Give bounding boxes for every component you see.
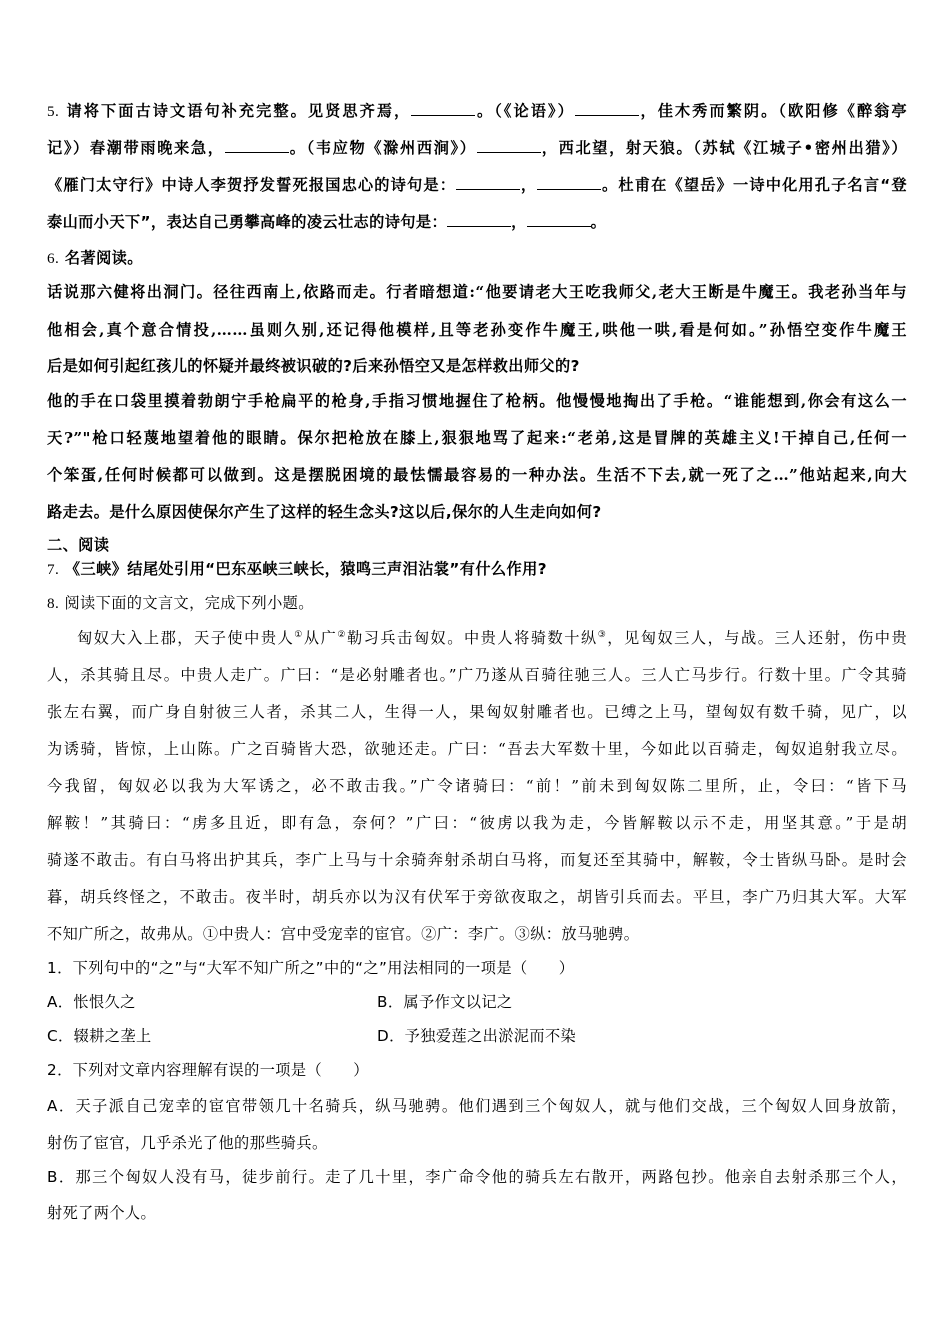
- q6-passage2-line: 路走去。是什么原因使保尔产生了这样的轻生念头?这以后,保尔的人生走向如何?: [47, 502, 602, 522]
- option-a[interactable]: A．怅恨久之: [47, 993, 136, 1011]
- q8-sub1-stem: 1．下列句中的“之”与“大军不知广所之”中的“之”用法相同的一项是（ ）: [47, 958, 574, 978]
- footnote-marker: ③: [598, 630, 608, 640]
- q8-sub2-option-b-cont[interactable]: 射死了两个人。: [47, 1203, 156, 1223]
- answer-blank[interactable]: [527, 212, 591, 227]
- q8-passage-line: 暮，胡兵终怪之，不敢击。夜半时，胡兵亦以为汉有伏军于旁欲夜取之，胡皆引兵而去。平…: [47, 887, 907, 907]
- answer-blank[interactable]: [575, 101, 639, 116]
- answer-blank[interactable]: [225, 138, 289, 153]
- q8-sub1-options-row1: A．怅恨久之 B．属予作文以记之: [47, 992, 907, 1012]
- q8-sub2-option-a-cont[interactable]: 射伤了宦官，几乎杀光了他的那些骑兵。: [47, 1133, 328, 1153]
- q8-sub2-option-a[interactable]: A．天子派自己宠幸的宦官带领几十名骑兵，纵马驰骋。他们遇到三个匈奴人，就与他们交…: [47, 1096, 907, 1116]
- question-number: 8.: [47, 595, 59, 612]
- answer-blank[interactable]: [456, 175, 520, 190]
- option-b[interactable]: B．属予作文以记之: [377, 992, 513, 1012]
- q8-passage-footnotes: 不知广所之，故弗从。①中贵人：宫中受宠幸的宦官。②广：李广。③纵：放马驰骋。: [47, 924, 639, 944]
- answer-blank[interactable]: [411, 101, 475, 116]
- q5-line-4: 泰山而小天下”，表达自己勇攀高峰的凌云壮志的诗句是：，。: [47, 212, 606, 232]
- q8-passage-line: 今我留，匈奴必以我为大军诱之，必不敢击我。”广令诸骑曰：“前！”前未到匈奴陈二里…: [47, 776, 907, 796]
- question-7: 7. 《三峡》结尾处引用“巴东巫峡三峡长，猿鸣三声泪沾裳”有什么作用?: [47, 559, 547, 580]
- answer-blank[interactable]: [447, 212, 511, 227]
- option-d[interactable]: D．予独爱莲之出淤泥而不染: [377, 1026, 576, 1046]
- q5-line-1: 5. 请将下面古诗文语句补充完整。见贤思齐焉，。（《论语》），佳木秀而繁阴。（欧…: [47, 101, 907, 122]
- answer-blank[interactable]: [537, 175, 601, 190]
- q6-passage2-line: 个笨蛋,任何时候都可以做到。这是摆脱困境的最怯懦最容易的一种办法。生活不下去,就…: [47, 465, 907, 485]
- q6-passage2-line: 天?”"枪口轻蔑地望着他的眼睛。保尔把枪放在膝上,狠狠地骂了起来:“老弟,这是冒…: [47, 428, 907, 448]
- answer-blank[interactable]: [477, 138, 541, 153]
- q8-passage-line: 解鞍！”其骑曰：“虏多且近，即有急，奈何？”广曰：“彼虏以我为走，今皆解鞍以示不…: [47, 813, 907, 833]
- q8-passage-line: 张左右翼，而广身自射彼三人者，杀其二人，生得一人，果匈奴射雕者也。已缚之上马，望…: [47, 702, 907, 722]
- q8-sub2-option-b[interactable]: B．那三个匈奴人没有马，徒步前行。走了几十里，李广命令他的骑兵左右散开，两路包抄…: [47, 1167, 907, 1187]
- footnote-marker: ②: [337, 630, 347, 640]
- q6-passage2-line: 他的手在口袋里摸着勃朗宁手枪扁平的枪身,手指习惯地握住了枪柄。他慢慢地掏出了手枪…: [47, 391, 907, 411]
- q5-line-3: 《雁门太守行》中诗人李贺抒发誓死报国忠心的诗句是：，。杜甫在《望岳》一诗中化用孔…: [47, 175, 907, 195]
- q6-passage1-line: 后是如何引起红孩儿的怀疑并最终被识破的?后来孙悟空又是怎样救出师父的?: [47, 356, 580, 376]
- q6-passage1-line: 他相会,真个意合情投,……虽则久别,还记得他模样,且等老孙变作牛魔王,哄他一哄,…: [47, 320, 907, 340]
- q8-sub1-options-row2: C．辍耕之垄上 D．予独爱莲之出淤泥而不染: [47, 1026, 907, 1046]
- option-c[interactable]: C．辍耕之垄上: [47, 1027, 152, 1045]
- q8-passage-line: 匈奴大入上郡，天子使中贵人①从广②勒习兵击匈奴。中贵人将骑数十纵③，见匈奴三人，…: [47, 628, 907, 648]
- q8-instruction: 8. 阅读下面的文言文，完成下列小题。: [47, 593, 314, 614]
- question-number: 6.: [47, 250, 59, 267]
- q8-passage-line: 人，杀其骑且尽。中贵人走广。广曰：“是必射雕者也。”广乃遂从百骑往驰三人。三人亡…: [47, 665, 907, 685]
- section-heading: 二、阅读: [47, 535, 109, 555]
- q5-line-2: 记》）春潮带雨晚来急，。（韦应物《滁州西涧》），西北望，射天狼。（苏轼《江城子•…: [47, 138, 907, 158]
- question-number: 7.: [47, 561, 59, 578]
- q6-passage1-line: 话说那六健将出洞门。径往西南上,依路而走。行者暗想道:“他要请老大王吃我师父,老…: [47, 282, 907, 302]
- footnote-marker: ①: [294, 630, 304, 640]
- question-number: 5.: [47, 103, 59, 120]
- q8-sub2-stem: 2．下列对文章内容理解有误的一项是（ ）: [47, 1060, 369, 1080]
- q8-passage-line: 为诱骑，皆惊，上山陈。广之百骑皆大恐，欲驰还走。广曰：“吾去大军数十里，今如此以…: [47, 739, 907, 759]
- q8-passage-line: 骑遂不敢击。有白马将出护其兵，李广上马与十余骑奔射杀胡白马将，而复还至其骑中，解…: [47, 850, 907, 870]
- q6-title: 6. 名著阅读。: [47, 248, 143, 269]
